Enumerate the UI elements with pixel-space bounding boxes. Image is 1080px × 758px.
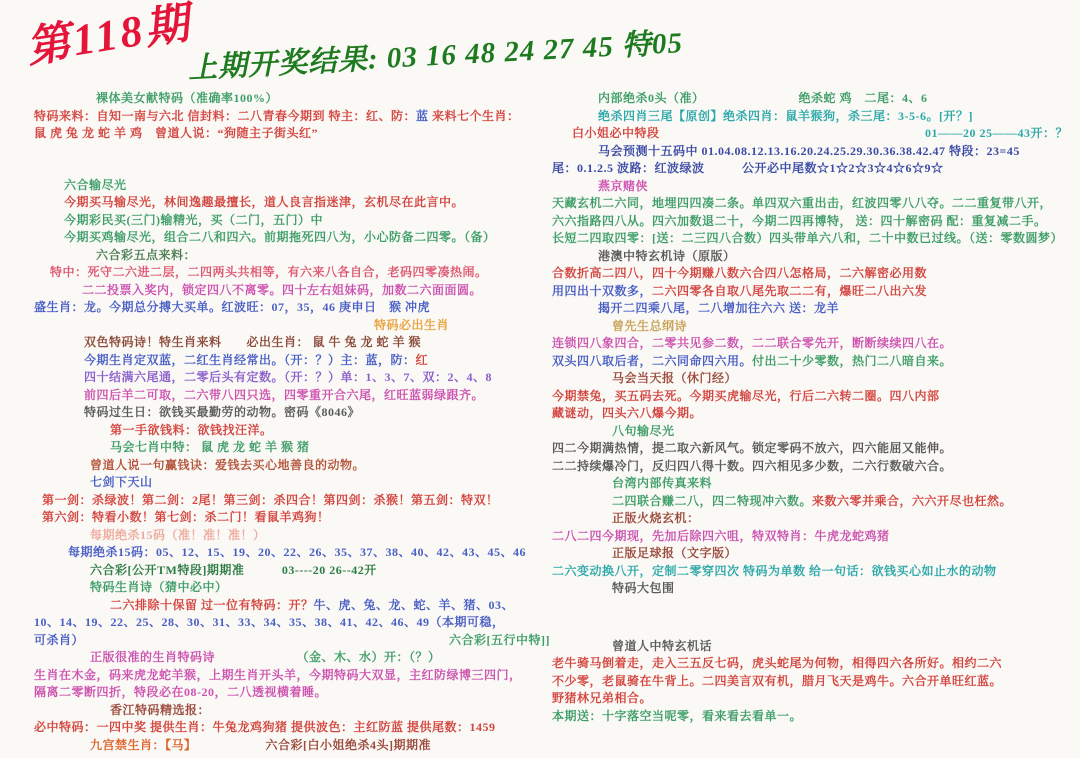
- left-column: 裸体美女献特码（准确率100%）特码来料：自知一南与六北 信封料：二八青春今期到…: [34, 90, 550, 754]
- text-segment-group: 正版火烧玄机：: [612, 511, 700, 525]
- text-segment: 绝杀四肖三尾【原创】绝杀四肖：鼠羊猴狗，杀三尾：3-5-6。[开？]: [598, 109, 973, 123]
- text-segment: 来数六零并乘合，六六开尽也枉然。: [812, 494, 1012, 508]
- text-segment: 本期送：十字落空当呢零，看来看去看单一。: [552, 709, 802, 723]
- text-line: 本期送：十字落空当呢零，看来看去看单一。: [552, 708, 1068, 726]
- text-segment: 蓝: [416, 109, 429, 123]
- text-segment-group: 可杀肖）: [34, 632, 84, 650]
- text-segment-group: 不少零，老鼠骑在牛背上。二四美言双有机，腊月飞天是鸡牛。六合开单旺红蓝。: [552, 674, 1002, 688]
- text-segment: 四二今期满热情，提二取六新风气。锁定零码不放六，四六能屈又能伸。: [552, 441, 952, 455]
- text-segment: 二六四零各自取八尾先取二二有，爆旺二八出六发: [652, 284, 927, 298]
- document-page: 第118期 上期开奖结果: 03 16 48 24 27 45 特05 裸体美女…: [0, 0, 1080, 758]
- text-line: 今期彩民买(三门)输精光，买（二门，五门）中: [34, 212, 550, 230]
- text-segment: 老牛骑马倒着走，走入三五反七码，虎头蛇尾为何物，相得四六各所好。相约二六: [552, 656, 1002, 670]
- text-line: 裸体美女献特码（准确率100%）: [34, 90, 550, 108]
- text-segment-group: 天藏玄机二六同，地埋四四凑二条。单四双六重出击，红波四零八八夺。二二重复带八开，: [552, 196, 1052, 210]
- text-line: 六合彩五点来料：: [34, 247, 550, 265]
- text-segment-group: 鼠 虎 兔 龙 蛇 羊 鸡 曾道人说：“狗随主子街头红”: [34, 126, 318, 140]
- text-segment: 绝杀蛇 鸡 二尾：4、6: [699, 91, 928, 105]
- text-segment: 九宫禁生肖：【马】: [90, 738, 191, 752]
- text-line: 特码来料：自知一南与六北 信封料：二八青春今期到 特主：红、防：蓝 来料七个生肖…: [34, 108, 550, 126]
- text-segment: 每期绝杀15码（准！准！准！）: [90, 528, 266, 542]
- text-segment: 特码生肖诗（猜中必中）: [90, 580, 228, 594]
- text-segment: 双色特码诗！特生肖来料 必出生肖： 鼠 牛 兔 龙 蛇 羊 猴: [84, 335, 421, 349]
- text-line: 内部绝杀0头（准） 绝杀蛇 鸡 二尾：4、6: [552, 90, 1068, 108]
- text-segment: 特中：死守二六进二层，二四两头共相等，有六来八各自合，老码四零凑热闹。: [50, 265, 488, 279]
- text-segment: 第一剑：杀绿波！第二剑：2尾！第三剑：杀四合！第四剑：杀猴！第五剑：特双！: [42, 493, 499, 507]
- text-line: 二八二四今期现，先加后除四六咀，特双特肖：牛虎龙蛇鸡猪: [552, 528, 1068, 546]
- text-line: 二六变动换八开，定制二零穿四次 特码为单数 给一句话：欲钱买心如止水的动物: [552, 563, 1068, 581]
- text-segment-group: 马会当天报（休门经）: [612, 371, 737, 385]
- text-segment: 第一手欲钱料：欲钱找汪洋。: [110, 423, 273, 437]
- text-line: 10、14、19、22、25、28、30、31、33、34、35、38、41、4…: [34, 614, 550, 632]
- text-segment-group: 特码大包围: [612, 581, 675, 595]
- text-segment: 二八二四今期现，先加后除四六咀，特双特肖：牛虎龙蛇鸡猪: [552, 529, 890, 543]
- text-segment: 白小姐必中特段: [572, 126, 660, 140]
- text-segment-group: 今期生肖定双蓝，二红生肖经常出。（开：？）主：蓝，防：红: [84, 353, 428, 367]
- text-segment-group: 特中：死守二六进二层，二四两头共相等，有六来八各自合，老码四零凑热闹。: [50, 265, 488, 279]
- text-segment: 马会预测十五码中 01.04.08.12.13.16.20.24.25.29.3…: [598, 144, 1020, 158]
- text-segment-group: 隔离二零断四折，特段必在08-20，二八透视横着睡。: [34, 685, 327, 699]
- text-line: 合数折高二四八，四十今期赚八数六合四八怎格局，二六解密必用数: [552, 265, 1068, 283]
- text-line: 二二持续爆冷门，反归四八得十数。四六相见多少数，二六行数破六合。: [552, 458, 1068, 476]
- text-segment: 六合输尽光: [64, 178, 127, 192]
- text-line: 特码大包围: [552, 580, 1068, 598]
- text-segment: 红: [416, 353, 429, 367]
- text-segment: 曾先生总纲诗: [612, 319, 687, 333]
- text-segment-group: 每期绝杀15码（准！准！准！）: [90, 528, 266, 542]
- text-segment: 第六剑：特看小数！第七剑：杀二门！看鼠羊鸡狗！: [42, 510, 330, 524]
- text-segment-group: 裸体美女献特码（准确率100%）: [96, 91, 278, 105]
- text-segment-group: 特码过生日：欲钱买最勤劳的动物。密码《8046》: [84, 405, 360, 419]
- text-segment: 野猪林兄弟相合。: [552, 691, 652, 705]
- text-segment-group: 二四联合赚二八，四二特现冲六数。来数六零并乘合，六六开尽也枉然。: [612, 494, 1012, 508]
- text-segment: 马会七肖中特： 鼠 虎 龙 蛇 羊 猴 猪: [110, 440, 310, 454]
- text-segment-group: 野猪林兄弟相合。: [552, 691, 652, 705]
- text-line: 用四出十双数多，二六四零各自取八尾先取二二有，爆旺二八出六发: [552, 283, 1068, 301]
- text-segment: 二六变动换八开，定制二零穿四次 特码为单数 给一句话：欲钱买心如止水的动物: [552, 564, 997, 578]
- text-segment-group: 港澳中特玄机诗（原版）: [598, 249, 736, 263]
- text-segment: 正版火烧玄机：: [612, 511, 700, 525]
- text-segment: 合数折高二四八，四十今期赚八数六合四八怎格局，二六解密必用数: [552, 266, 927, 280]
- text-segment-group: 四十结满六尾通，二零后头有定数。（开：？）单：1、3、7、双：2、4、8: [84, 370, 492, 384]
- text-line: 八句输尽光: [552, 423, 1068, 441]
- text-line: 白小姐必中特段01——20 25——43开：？: [552, 125, 1068, 143]
- text-line: 生肖在木金，码来虎龙蛇羊猴，上期生肖开头羊，今期特码大双显，主红防绿博三四门，: [34, 667, 550, 685]
- text-line: 正版足球报（文字版）: [552, 545, 1068, 563]
- text-segment: 必中特码：一四中奖 提供生肖：牛兔龙鸡狗猪 提供波色：主红防蓝 提供尾数：145…: [34, 720, 496, 734]
- text-segment: 六合彩[白小姐绝杀4头]期期准: [191, 738, 432, 752]
- text-segment-group: 二六排除十保留 过一位有特码：开？牛、虎、兔、龙、蛇、羊、猪、03、: [110, 598, 514, 612]
- text-segment: 用四出十双数多，: [552, 284, 652, 298]
- text-segment-group: 合数折高二四八，四十今期赚八数六合四八怎格局，二六解密必用数: [552, 266, 927, 280]
- text-segment-group: 二六变动换八开，定制二零穿四次 特码为单数 给一句话：欲钱买心如止水的动物: [552, 564, 997, 578]
- text-line: 港澳中特玄机诗（原版）: [552, 248, 1068, 266]
- text-segment-group: 长短二四取四零：[送：二三四八合数）四头带单六八和，二十中数已过线。（送：零数圆…: [552, 231, 1063, 245]
- text-segment-group: 燕京赌侠: [598, 179, 648, 193]
- text-segment-group: 盛生肖：龙。今期总分搏大买单。红波旺：07，35，46 庚申日 猴 冲虎: [34, 300, 430, 314]
- text-segment: 揭开二四乘八尾，二八增加往六六 送：龙羊: [598, 301, 839, 315]
- text-segment: 鼠 虎 兔 龙 蛇 羊 鸡 曾道人说：“狗随主子街头红”: [34, 126, 318, 140]
- text-segment: 六六指路四八从。四六加数退二十，今期二四再博特， 送：四十解密码 配：重复减二手…: [552, 214, 1047, 228]
- text-line: 七剑下天山: [34, 474, 550, 492]
- text-segment-group: 老牛骑马倒着走，走入三五反七码，虎头蛇尾为何物，相得四六各所好。相约二六: [552, 656, 1002, 670]
- text-segment-group: 生肖在木金，码来虎龙蛇羊猴，上期生肖开头羊，今期特码大双显，主红防绿博三四门，: [34, 668, 522, 682]
- text-segment: 盛生肖：龙。今期总分搏大买单。红波旺：07，35，46 庚申日 猴 冲虎: [34, 300, 430, 314]
- text-line: 曾道人说一句赢钱诀：爱钱去买心地善良的动物。: [34, 457, 550, 475]
- text-segment: 今期禁兔，买五码去死。今期买虎输尽光，行后二六转二圈。四八内部: [552, 389, 940, 403]
- text-line: 天藏玄机二六同，地埋四四凑二条。单四双六重出击，红波四零八八夺。二二重复带八开，: [552, 195, 1068, 213]
- text-segment-group: 第一手欲钱料：欲钱找汪洋。: [110, 423, 273, 437]
- text-segment-group: 10、14、19、22、25、28、30、31、33、34、35、38、41、4…: [34, 615, 505, 629]
- right-column: 内部绝杀0头（准） 绝杀蛇 鸡 二尾：4、6绝杀四肖三尾【原创】绝杀四肖：鼠羊猴…: [552, 90, 1068, 725]
- text-segment-group: 必中特码：一四中奖 提供生肖：牛兔龙鸡狗猪 提供波色：主红防蓝 提供尾数：145…: [34, 720, 496, 734]
- text-segment: 曾道人说一句赢钱诀：爱钱去买心地善良的动物。: [90, 458, 365, 472]
- text-line: 绝杀四肖三尾【原创】绝杀四肖：鼠羊猴狗，杀三尾：3-5-6。[开？]: [552, 108, 1068, 126]
- text-line: 正版火烧玄机：: [552, 510, 1068, 528]
- text-line: 尾：0.1.2.5 波路：红波绿波 公开必中尾数☆1☆2☆3☆4☆6☆9☆: [552, 160, 1068, 178]
- text-segment-group: 七剑下天山: [90, 475, 153, 489]
- text-segment-group: 藏谜动，四头六八爆今期。: [552, 406, 702, 420]
- text-line: 四二今期满热情，提二取六新风气。锁定零码不放六，四六能屈又能伸。: [552, 440, 1068, 458]
- text-line: 今期生肖定双蓝，二红生肖经常出。（开：？）主：蓝，防：红: [34, 352, 550, 370]
- text-line: 每期绝杀15码（准！准！准！）: [34, 527, 550, 545]
- text-segment-group: 马会预测十五码中 01.04.08.12.13.16.20.24.25.29.3…: [598, 144, 1020, 158]
- text-segment: 今期彩民买(三门)输精光，买（二门，五门）中: [64, 213, 323, 227]
- text-line: 揭开二四乘八尾，二八增加往六六 送：龙羊: [552, 300, 1068, 318]
- text-segment-group: 第六剑：特看小数！第七剑：杀二门！看鼠羊鸡狗！: [42, 510, 330, 524]
- text-line: 每期绝杀15码：05、12、15、19、20、22、26、35、37、38、40…: [34, 544, 550, 562]
- text-segment-group: 马会七肖中特： 鼠 虎 龙 蛇 羊 猴 猪: [110, 440, 310, 454]
- text-segment-group: 六合彩[公开TM特段]期期准 03----20 26--42开: [90, 563, 377, 577]
- text-line: 燕京赌侠: [552, 178, 1068, 196]
- text-segment: 生肖在木金，码来虎龙蛇羊猴，上期生肖开头羊，今期特码大双显，主红防绿博三四门，: [34, 668, 522, 682]
- text-line: 台湾内部传真来料: [552, 475, 1068, 493]
- text-line: 藏谜动，四头六八爆今期。: [552, 405, 1068, 423]
- text-line: 今期买鸡输尽光，组合二八和四六。前期拖死四八为，小心防备二四零。（备）: [34, 229, 550, 247]
- text-segment: 七剑下天山: [90, 475, 153, 489]
- text-segment: 前四后羊二可取，二六带八四只选，四零重开合六尾，红旺蓝弱绿跟齐。: [84, 388, 484, 402]
- text-segment: 不少零，老鼠骑在牛背上。二四美言双有机，腊月飞天是鸡牛。六合开单旺红蓝。: [552, 674, 1002, 688]
- text-segment-group: 今期禁兔，买五码去死。今期买虎输尽光，行后二六转二圈。四八内部: [552, 389, 940, 403]
- text-segment-right: 01——20 25——43开：？: [925, 125, 1068, 143]
- text-segment-group: 前四后羊二可取，二六带八四只选，四零重开合六尾，红旺蓝弱绿跟齐。: [84, 388, 484, 402]
- text-line: 第一手欲钱料：欲钱找汪洋。: [34, 422, 550, 440]
- text-segment: 天藏玄机二六同，地埋四四凑二条。单四双六重出击，红波四零八八夺。二二重复带八开，: [552, 196, 1052, 210]
- text-segment-group: 特码生肖诗（猜中必中）: [90, 580, 228, 594]
- text-segment: 尾：0.1.2.5 波路：红波绿波 公开必中尾数☆1☆2☆3☆4☆6☆9☆: [552, 161, 944, 175]
- text-line: 九宫禁生肖：【马】 六合彩[白小姐绝杀4头]期期准: [34, 737, 550, 755]
- text-segment: 燕京赌侠: [598, 179, 648, 193]
- text-line: 马会七肖中特： 鼠 虎 龙 蛇 羊 猴 猪: [34, 439, 550, 457]
- text-line: 长短二四取四零：[送：二三四八合数）四头带单六八和，二十中数已过线。（送：零数圆…: [552, 230, 1068, 248]
- text-segment-group: 绝杀四肖三尾【原创】绝杀四肖：鼠羊猴狗，杀三尾：3-5-6。[开？]: [598, 109, 973, 123]
- text-segment-group: 九宫禁生肖：【马】 六合彩[白小姐绝杀4头]期期准: [90, 738, 431, 752]
- text-segment: 港澳中特玄机诗（原版）: [598, 249, 736, 263]
- text-line: 双头四八取后者，二六同命四六用。付出二十少零数，热门二八暗自来。: [552, 353, 1068, 371]
- text-segment: 每期绝杀15码：05、12、15、19、20、22、26、35、37、38、40…: [68, 545, 526, 559]
- text-line: 香江特码精选报：: [34, 702, 550, 720]
- text-segment: 内部绝杀0头（准）: [598, 91, 699, 105]
- text-segment: 香江特码精选报：: [110, 703, 210, 717]
- text-segment-group: 今期买鸡输尽光，组合二八和四六。前期拖死四八为，小心防备二四零。（备）: [64, 230, 496, 244]
- text-line: 鼠 虎 兔 龙 蛇 羊 鸡 曾道人说：“狗随主子街头红”: [34, 125, 550, 143]
- text-segment-group: 曾先生总纲诗: [612, 319, 687, 333]
- text-segment-group: 白小姐必中特段: [572, 125, 660, 143]
- text-segment: 八句输尽光: [612, 424, 675, 438]
- text-segment: 今期买鸡输尽光，组合二八和四六。前期拖死四八为，小心防备二四零。（备）: [64, 230, 496, 244]
- text-segment-group: 特码来料：自知一南与六北 信封料：二八青春今期到 特主：红、防：蓝 来料七个生肖…: [34, 109, 520, 123]
- text-segment-group: 尾：0.1.2.5 波路：红波绿波 公开必中尾数☆1☆2☆3☆4☆6☆9☆: [552, 161, 944, 175]
- text-line: 二二投票入奖内，锁定四八不离零。四十左右姐妹码，加数二六面面圆。: [34, 282, 550, 300]
- text-segment: 正版很准的生肖特码诗: [90, 650, 215, 664]
- text-segment: 裸体美女献特码（准确率100%）: [96, 91, 278, 105]
- text-segment: 二二持续爆冷门，反归四八得十数。四六相见多少数，二六行数破六合。: [552, 459, 952, 473]
- text-segment: 二四联合赚二八，四二特现冲六数。: [612, 494, 812, 508]
- text-segment: 隔离二零断四折，特段必在08-20，二八透视横着睡。: [34, 685, 327, 699]
- text-line: 二四联合赚二八，四二特现冲六数。来数六零并乘合，六六开尽也枉然。: [552, 493, 1068, 511]
- text-segment: 曾道人中特玄机话: [612, 639, 712, 653]
- text-segment-group: 二二持续爆冷门，反归四八得十数。四六相见多少数，二六行数破六合。: [552, 459, 952, 473]
- text-segment-group: 今期买马输尽光，林间逸趣最擅长，道人良言指迷津，玄机尽在此言中。: [64, 195, 464, 209]
- text-line: 必中特码：一四中奖 提供生肖：牛兔龙鸡狗猪 提供波色：主红防蓝 提供尾数：145…: [34, 719, 550, 737]
- text-segment: 双头四八取后者，二六同命四六用。: [552, 354, 752, 368]
- text-line: 今期买马输尽光，林间逸趣最擅长，道人良言指迷津，玄机尽在此言中。: [34, 194, 550, 212]
- text-segment-group: 本期送：十字落空当呢零，看来看去看单一。: [552, 709, 802, 723]
- text-line: 曾道人中特玄机话: [552, 638, 1068, 656]
- text-line: 可杀肖）六合彩[五行中特]]: [34, 632, 550, 650]
- text-line: 隔离二零断四折，特段必在08-20，二八透视横着睡。: [34, 684, 550, 702]
- text-line: 六合输尽光: [34, 177, 550, 195]
- text-segment-group: 内部绝杀0头（准） 绝杀蛇 鸡 二尾：4、6: [598, 91, 928, 105]
- previous-draw-result: 上期开奖结果: 03 16 48 24 27 45 特05: [187, 20, 684, 87]
- text-line: 盛生肖：龙。今期总分搏大买单。红波旺：07，35，46 庚申日 猴 冲虎: [34, 299, 550, 317]
- text-line: 老牛骑马倒着走，走入三五反七码，虎头蛇尾为何物，相得四六各所好。相约二六: [552, 655, 1068, 673]
- text-segment: 来料七个生肖：: [429, 109, 520, 123]
- text-line: 四十结满六尾通，二零后头有定数。（开：？）单：1、3、7、双：2、4、8: [34, 369, 550, 387]
- text-segment: 四十结满六尾通，二零后头有定数。（开：？）单：1、3、7、双：2、4、8: [84, 370, 492, 384]
- text-segment: 连锁四八象四合，二零共见参二数，二二联合零先开，断断续续四八在。: [552, 336, 952, 350]
- text-line: 不少零，老鼠骑在牛背上。二四美言双有机，腊月飞天是鸡牛。六合开单旺红蓝。: [552, 673, 1068, 691]
- text-segment-group: 今期彩民买(三门)输精光，买（二门，五门）中: [64, 213, 323, 227]
- text-segment-group: 双头四八取后者，二六同命四六用。付出二十少零数，热门二八暗自来。: [552, 354, 952, 368]
- text-segment: 可杀肖）: [34, 633, 84, 647]
- text-line: 六合彩[公开TM特段]期期准 03----20 26--42开: [34, 562, 550, 580]
- text-segment: 六合彩五点来料：: [96, 248, 196, 262]
- text-line: 马会当天报（休门经）: [552, 370, 1068, 388]
- text-segment: 付出二十少零数，热门二八暗自来。: [752, 354, 952, 368]
- text-segment: 六合彩[公开TM特段]期期准 03----20 26--42开: [90, 563, 377, 577]
- text-segment: 正版足球报（文字版）: [612, 546, 737, 560]
- text-segment: 台湾内部传真来料: [612, 476, 712, 490]
- text-line: 连锁四八象四合，二零共见参二数，二二联合零先开，断断续续四八在。: [552, 335, 1068, 353]
- text-segment-group: 台湾内部传真来料: [612, 476, 712, 490]
- text-segment-group: 第一剑：杀绿波！第二剑：2尾！第三剑：杀四合！第四剑：杀猴！第五剑：特双！: [42, 493, 499, 507]
- text-segment-group: 曾道人中特玄机话: [612, 639, 712, 653]
- text-segment-group: 揭开二四乘八尾，二八增加往六六 送：龙羊: [598, 301, 839, 315]
- text-segment-group: 六合彩五点来料：: [96, 248, 196, 262]
- text-line: 野猪林兄弟相合。: [552, 690, 1068, 708]
- text-segment-group: 曾道人说一句赢钱诀：爱钱去买心地善良的动物。: [90, 458, 365, 472]
- text-segment-group: 六六指路四八从。四六加数退二十，今期二四再博特， 送：四十解密码 配：重复减二手…: [552, 214, 1047, 228]
- text-segment: 二六排除十保留 过一位有特码：开？: [110, 598, 314, 612]
- text-line: 今期禁兔，买五码去死。今期买虎输尽光，行后二六转二圈。四八内部: [552, 388, 1068, 406]
- text-segment-group: 四二今期满热情，提二取六新风气。锁定零码不放六，四六能屈又能伸。: [552, 441, 952, 455]
- text-segment-group: 双色特码诗！特生肖来料 必出生肖： 鼠 牛 兔 龙 蛇 羊 猴: [84, 335, 421, 349]
- text-segment-group: 特码必出生肖: [374, 318, 449, 332]
- text-segment-group: 正版很准的生肖特码诗 （金、木、水）开：（？）: [90, 650, 441, 664]
- text-line: 第六剑：特看小数！第七剑：杀二门！看鼠羊鸡狗！: [34, 509, 550, 527]
- text-line: 正版很准的生肖特码诗 （金、木、水）开：（？）: [34, 649, 550, 667]
- text-line: 曾先生总纲诗: [552, 318, 1068, 336]
- text-segment-group: 连锁四八象四合，二零共见参二数，二二联合零先开，断断续续四八在。: [552, 336, 952, 350]
- text-segment-group: 二八二四今期现，先加后除四六咀，特双特肖：牛虎龙蛇鸡猪: [552, 529, 890, 543]
- text-segment: 特码来料：自知一南与六北 信封料：二八青春今期到 特主：红、防：: [34, 109, 416, 123]
- text-segment: 今期买马输尽光，林间逸趣最擅长，道人良言指迷津，玄机尽在此言中。: [64, 195, 464, 209]
- text-segment: 马会当天报（休门经）: [612, 371, 737, 385]
- text-segment: 牛、虎、兔、龙、蛇、羊、猪、03、: [314, 598, 515, 612]
- text-segment: 长短二四取四零：[送：二三四八合数）四头带单六八和，二十中数已过线。（送：零数圆…: [552, 231, 1063, 245]
- text-line: 第一剑：杀绿波！第二剑：2尾！第三剑：杀四合！第四剑：杀猴！第五剑：特双！: [34, 492, 550, 510]
- text-segment: 特码大包围: [612, 581, 675, 595]
- text-segment: 藏谜动，四头六八爆今期。: [552, 406, 702, 420]
- text-segment-group: 六合输尽光: [64, 178, 127, 192]
- text-segment-group: 每期绝杀15码：05、12、15、19、20、22、26、35、37、38、40…: [68, 545, 526, 559]
- text-segment-group: 八句输尽光: [612, 424, 675, 438]
- text-segment-group: 香江特码精选报：: [110, 703, 210, 717]
- text-segment: 10、14、19、22、25、28、30、31、33、34、35、38、41、4…: [34, 615, 505, 629]
- issue-number: 第118期: [21, 0, 196, 76]
- text-line: 二六排除十保留 过一位有特码：开？牛、虎、兔、龙、蛇、羊、猪、03、: [34, 597, 550, 615]
- text-segment-group: 二二投票入奖内，锁定四八不离零。四十左右姐妹码，加数二六面面圆。: [82, 283, 482, 297]
- text-line: 双色特码诗！特生肖来料 必出生肖： 鼠 牛 兔 龙 蛇 羊 猴: [34, 334, 550, 352]
- text-segment-right: 六合彩[五行中特]]: [449, 632, 550, 650]
- text-line: 特码过生日：欲钱买最勤劳的动物。密码《8046》: [34, 404, 550, 422]
- text-line: 特码必出生肖: [34, 317, 550, 335]
- text-segment: 特码过生日：欲钱买最勤劳的动物。密码《8046》: [84, 405, 360, 419]
- text-segment-group: 正版足球报（文字版）: [612, 546, 737, 560]
- text-line: 六六指路四八从。四六加数退二十，今期二四再博特， 送：四十解密码 配：重复减二手…: [552, 213, 1068, 231]
- text-line: 特中：死守二六进二层，二四两头共相等，有六来八各自合，老码四零凑热闹。: [34, 264, 550, 282]
- text-segment: 今期生肖定双蓝，二红生肖经常出。（开：？）主：蓝，防：: [84, 353, 416, 367]
- text-segment: （金、木、水）开：（？）: [215, 650, 441, 664]
- text-line: 特码生肖诗（猜中必中）: [34, 579, 550, 597]
- text-segment-group: 用四出十双数多，二六四零各自取八尾先取二二有，爆旺二八出六发: [552, 284, 927, 298]
- text-line: 马会预测十五码中 01.04.08.12.13.16.20.24.25.29.3…: [552, 143, 1068, 161]
- text-line: 前四后羊二可取，二六带八四只选，四零重开合六尾，红旺蓝弱绿跟齐。: [34, 387, 550, 405]
- text-segment: 特码必出生肖: [374, 318, 449, 332]
- text-segment: 二二投票入奖内，锁定四八不离零。四十左右姐妹码，加数二六面面圆。: [82, 283, 482, 297]
